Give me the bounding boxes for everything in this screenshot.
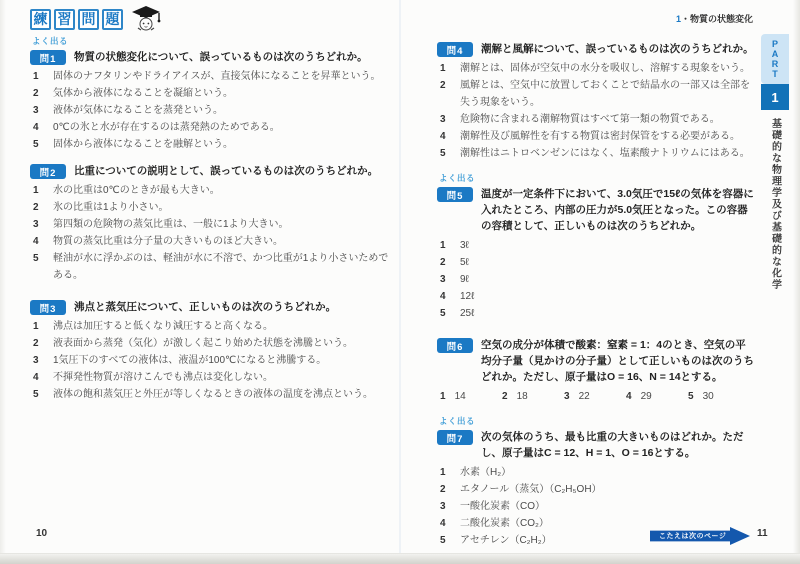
option-item: 40℃の氷と水が存在するのは蒸発熱のためである。 xyxy=(30,119,394,136)
question-block-4: 問4 潮解と風解について、誤っているものは次のうちどれか。 1潮解とは、固体が空… xyxy=(437,41,755,162)
option-item: 13ℓ xyxy=(437,237,755,254)
question-block-6: 問6 空気の成分が体積で酸素：窒素 = 1：4のとき、空気の平均分子量（見かけの… xyxy=(437,337,755,405)
option-item: 218 xyxy=(502,388,564,405)
page-edge-left xyxy=(0,0,6,553)
page-gutter xyxy=(399,0,401,553)
page-edge-right xyxy=(793,0,800,553)
option-list: 1水の比重は0℃のときが最も大きい。 2氷の比重は1より小さい。 3第四類の危険… xyxy=(30,182,394,284)
option-item: 2風解とは、空気中に放置しておくことで結晶水の一部又は全部を失う現象をいう。 xyxy=(437,77,755,111)
option-item: 4潮解性及び風解性を有する物質は密封保管をする必要がある。 xyxy=(437,128,755,145)
part-tab: PART 1 xyxy=(761,34,789,110)
frequent-badge: よく出る xyxy=(439,172,755,184)
chapter-separator: ・ xyxy=(681,14,690,24)
option-list: 1固体のナフタリンやドライアイスが、直接気体になることを昇華という。 2気体から… xyxy=(30,68,394,153)
option-list: 1沸点は加圧すると低くなり減圧すると高くなる。 2液表面から蒸発（気化）が激しく… xyxy=(30,318,394,403)
question-stem: 温度が一定条件下において、3.0気圧で15ℓの気体を容器に入れたところ、内部の圧… xyxy=(481,186,755,234)
option-item: 5液体の飽和蒸気圧と外圧が等しくなるときの液体の温度を沸点という。 xyxy=(30,386,394,403)
option-item: 31気圧下のすべての液体は、液温が100℃になると沸騰する。 xyxy=(30,352,394,369)
question-stem: 沸点と蒸気圧について、正しいものは次のうちどれか。 xyxy=(74,299,336,315)
option-item: 5潮解性はニトロベンゼンにはなく、塩素酸ナトリウムにはある。 xyxy=(437,145,755,162)
page-number-left: 10 xyxy=(36,528,47,539)
question-block-1: 問1 物質の状態変化について、誤っているものは次のうちどれか。 1固体のナフタリ… xyxy=(30,49,394,153)
chapter-header: 1・物質の状態変化 xyxy=(437,12,753,25)
option-item: 429 xyxy=(626,388,688,405)
option-item: 1固体のナフタリンやドライアイスが、直接気体になることを昇華という。 xyxy=(30,68,394,85)
question-number-badge: 問4 xyxy=(437,42,473,57)
option-item: 1沸点は加圧すると低くなり減圧すると高くなる。 xyxy=(30,318,394,335)
exercise-header: 練 習 問 題 xyxy=(30,6,394,32)
option-item: 3危険物に含まれる潮解物質はすべて第一類の物質である。 xyxy=(437,111,755,128)
page-number-right: 11 xyxy=(757,528,768,539)
option-item: 39ℓ xyxy=(437,271,755,288)
part-label-box: PART xyxy=(761,34,789,84)
option-list: 13ℓ 25ℓ 39ℓ 412ℓ 525ℓ xyxy=(437,237,755,322)
option-item: 412ℓ xyxy=(437,288,755,305)
question-stem: 潮解と風解について、誤っているものは次のうちどれか。 xyxy=(481,41,754,57)
option-item: 1潮解とは、固体が空気中の水分を吸収し、溶解する現象をいう。 xyxy=(437,60,755,77)
option-item: 25ℓ xyxy=(437,254,755,271)
question-number-badge: 問2 xyxy=(30,164,66,179)
frequent-badge: よく出る xyxy=(32,35,394,47)
exercise-title-char: 習 xyxy=(54,9,75,30)
chapter-title: 物質の状態変化 xyxy=(690,14,753,24)
exercise-title-char: 問 xyxy=(78,9,99,30)
option-item: 5固体から液体になることを融解という。 xyxy=(30,136,394,153)
part-section-title: 基礎的な物理学及び基礎的な化学 xyxy=(761,118,789,291)
option-list-inline: 114 218 322 429 530 xyxy=(437,388,755,405)
option-item: 4二酸化炭素（CO₂） xyxy=(437,515,755,532)
question-stem: 空気の成分が体積で酸素：窒素 = 1：4のとき、空気の平均分子量（見かけの分子量… xyxy=(481,337,755,385)
question-number-badge: 問5 xyxy=(437,187,473,202)
question-block-2: 問2 比重についての説明として、誤っているものは次のうちどれか。 1水の比重は0… xyxy=(30,163,394,284)
option-item: 2エタノール（蒸気）（C₂H₅OH） xyxy=(437,481,755,498)
option-item: 114 xyxy=(440,388,502,405)
exercise-title-char: 題 xyxy=(102,9,123,30)
question-block-3: 問3 沸点と蒸気圧について、正しいものは次のうちどれか。 1沸点は加圧すると低く… xyxy=(30,299,394,403)
option-item: 5軽油が水に浮かぶのは、軽油が水に不溶で、かつ比重が1より小さいためである。 xyxy=(30,250,394,284)
frequent-badge: よく出る xyxy=(439,415,755,427)
left-page: 練 習 問 題 よく出る xyxy=(30,6,394,413)
question-block-5: 問5 温度が一定条件下において、3.0気圧で15ℓの気体を容器に入れたところ、内… xyxy=(437,186,755,322)
option-item: 4物質の蒸気比重は分子量の大きいものほど大きい。 xyxy=(30,233,394,250)
question-number-badge: 問7 xyxy=(437,430,473,445)
option-item: 3液体が気体になることを蒸発という。 xyxy=(30,102,394,119)
page-edge-bottom xyxy=(0,553,800,564)
option-item: 322 xyxy=(564,388,626,405)
option-item: 2気体から液体になることを凝縮という。 xyxy=(30,85,394,102)
option-list: 1潮解とは、固体が空気中の水分を吸収し、溶解する現象をいう。 2風解とは、空気中… xyxy=(437,60,755,162)
question-number-badge: 問1 xyxy=(30,50,66,65)
question-number-badge: 問6 xyxy=(437,338,473,353)
option-item: 2液表面から蒸発（気化）が激しく起こり始めた状態を沸騰という。 xyxy=(30,335,394,352)
option-item: 530 xyxy=(688,388,750,405)
option-item: 1水の比重は0℃のときが最も大きい。 xyxy=(30,182,394,199)
option-item: 3一酸化炭素（CO） xyxy=(437,498,755,515)
option-item: 2氷の比重は1より小さい。 xyxy=(30,199,394,216)
question-stem: 次の気体のうち、最も比重の大きいものはどれか。ただし、原子量はC = 12、H … xyxy=(481,429,755,461)
graduation-cap-icon xyxy=(130,6,162,32)
option-item: 4不揮発性物質が溶けこんでも沸点は変化しない。 xyxy=(30,369,394,386)
option-item: 1水素（H₂） xyxy=(437,464,755,481)
option-item: 525ℓ xyxy=(437,305,755,322)
question-number-badge: 問3 xyxy=(30,300,66,315)
option-item: 3第四類の危険物の蒸気比重は、一般に1より大きい。 xyxy=(30,216,394,233)
book-spread: 練 習 問 題 よく出る xyxy=(0,0,800,564)
part-label: PART xyxy=(770,39,780,79)
part-number: 1 xyxy=(761,84,789,110)
question-stem: 物質の状態変化について、誤っているものは次のうちどれか。 xyxy=(74,49,368,65)
exercise-title-char: 練 xyxy=(30,9,51,30)
question-stem: 比重についての説明として、誤っているものは次のうちどれか。 xyxy=(74,163,378,179)
right-page: 1・物質の状態変化 問4 潮解と風解について、誤っているものは次のうちどれか。 … xyxy=(437,8,755,559)
